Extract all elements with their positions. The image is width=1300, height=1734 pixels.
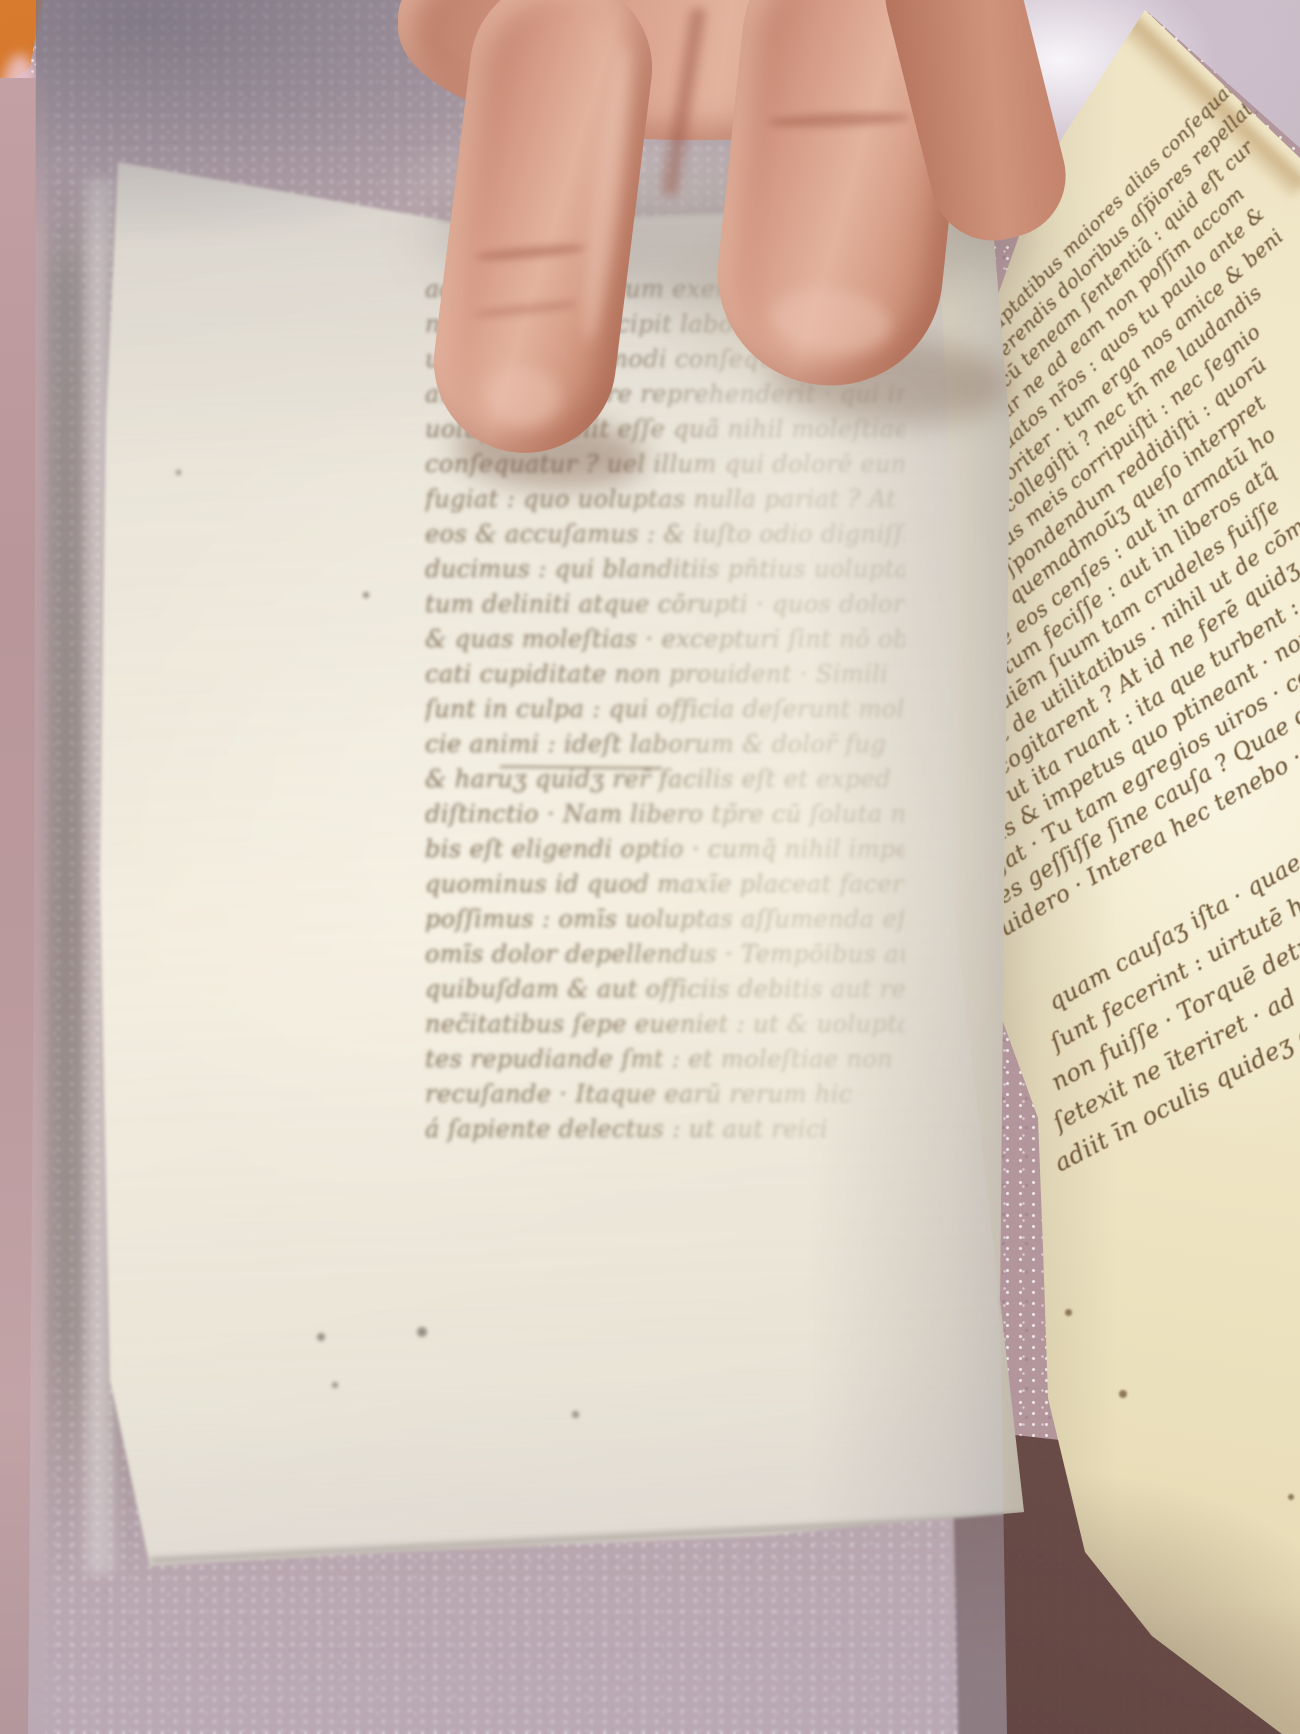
fingertip-highlight <box>483 363 564 430</box>
knuckle-crease <box>474 299 578 319</box>
fingertip-highlight <box>768 284 894 358</box>
knuckle-crease <box>768 111 910 129</box>
wormhole <box>1119 1390 1127 1398</box>
manuscript-photo-scene: uoluptatibus maiores alias conſequatperf… <box>0 0 1300 1734</box>
wormhole <box>1065 1309 1072 1316</box>
knuckle-crease <box>475 242 588 263</box>
wormhole <box>1288 1494 1294 1500</box>
